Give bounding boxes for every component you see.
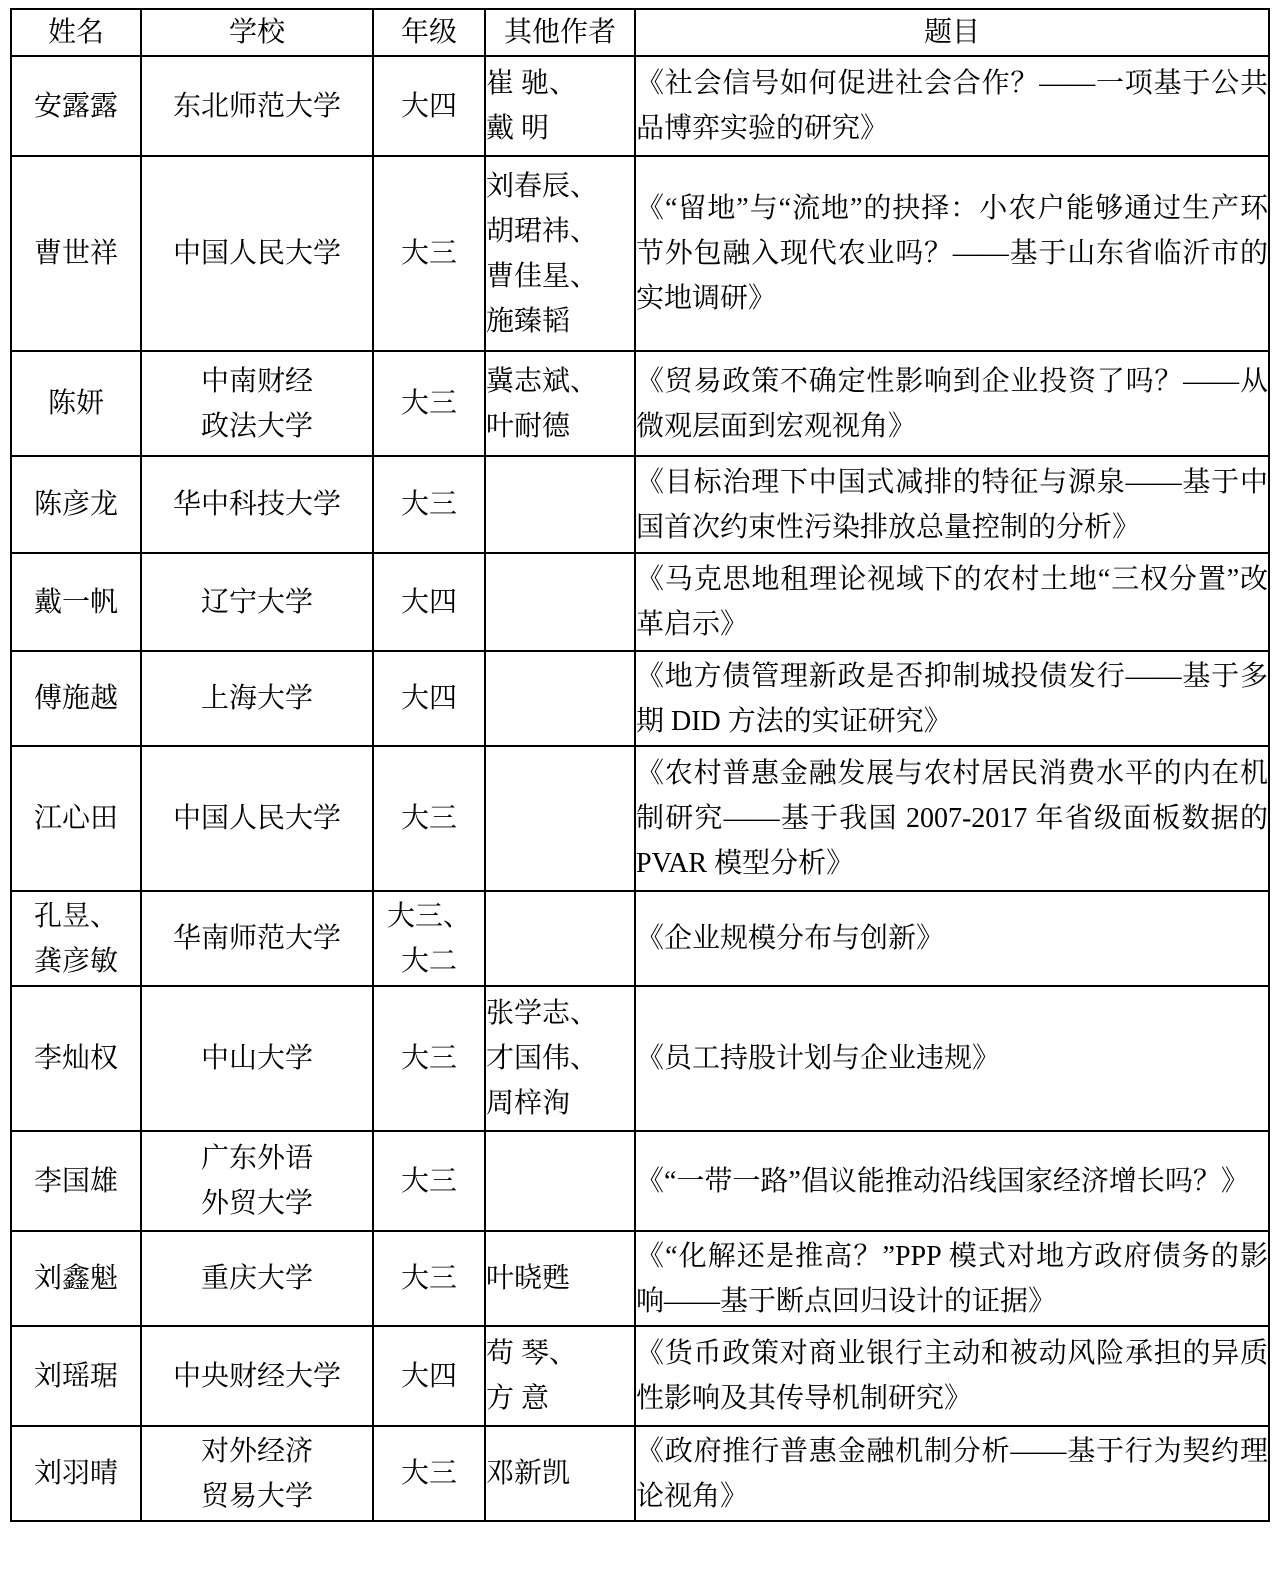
cell-line: 曹世祥	[12, 231, 140, 276]
cell-line: 刘瑶琚	[12, 1354, 140, 1399]
cell-line: 《社会信号如何促进社会合作？——一项基于公共品博弈实验的研究》	[636, 61, 1268, 151]
student-name-cell: 刘鑫魁	[11, 1231, 141, 1326]
cell-line: 孔昱、	[12, 894, 140, 939]
paper-title-cell: 《企业规模分布与创新》	[635, 891, 1269, 986]
cell-line: 《政府推行普惠金融机制分析——基于行为契约理论视角》	[636, 1429, 1268, 1519]
cell-line: 大三	[374, 482, 484, 527]
other-authors-cell	[485, 456, 635, 553]
cell-line: 《“一带一路”倡议能推动沿线国家经济增长吗？》	[636, 1159, 1268, 1204]
table-row: 曹世祥中国人民大学大三刘春辰、胡珺祎、曹佳星、施臻韬《“留地”与“流地”的抉择：…	[11, 156, 1269, 351]
cell-line: 龚彦敏	[12, 939, 140, 984]
grade-cell: 大四	[373, 651, 485, 746]
table-row: 陈妍中南财经政法大学大三冀志斌、叶耐德《贸易政策不确定性影响到企业投资了吗？——…	[11, 351, 1269, 456]
school-cell: 中山大学	[141, 986, 373, 1131]
cell-line: 对外经济	[142, 1429, 372, 1474]
school-cell: 华南师范大学	[141, 891, 373, 986]
table-row: 刘羽晴对外经济贸易大学大三邓新凯《政府推行普惠金融机制分析——基于行为契约理论视…	[11, 1426, 1269, 1521]
table-row: 李灿权中山大学大三张学志、才国伟、周梓洵《员工持股计划与企业违规》	[11, 986, 1269, 1131]
cell-line: 曹佳星、	[486, 254, 634, 299]
cell-line: 周梓洵	[486, 1081, 634, 1126]
header-row: 姓名 学校 年级 其他作者 题目	[11, 9, 1269, 56]
cell-line: 重庆大学	[142, 1256, 372, 1301]
table-row: 孔昱、龚彦敏华南师范大学大三、大二《企业规模分布与创新》	[11, 891, 1269, 986]
grade-cell: 大三	[373, 1426, 485, 1521]
cell-line: 《地方债管理新政是否抑制城投债发行——基于多期 DID 方法的实证研究》	[636, 654, 1268, 744]
cell-line: 中国人民大学	[142, 231, 372, 276]
cell-line: 大三	[374, 1036, 484, 1081]
cell-line: 政法大学	[142, 404, 372, 449]
paper-title-cell: 《“留地”与“流地”的抉择：小农户能够通过生产环节外包融入现代农业吗？——基于山…	[635, 156, 1269, 351]
school-cell: 东北师范大学	[141, 56, 373, 156]
other-authors-cell: 刘春辰、胡珺祎、曹佳星、施臻韬	[485, 156, 635, 351]
table-row: 江心田中国人民大学大三《农村普惠金融发展与农村居民消费水平的内在机制研究——基于…	[11, 746, 1269, 891]
cell-line: 刘鑫魁	[12, 1256, 140, 1301]
other-authors-cell: 叶晓甦	[485, 1231, 635, 1326]
grade-cell: 大三	[373, 986, 485, 1131]
papers-table: 姓名 学校 年级 其他作者 题目 安露露东北师范大学大四崔 驰、戴 明《社会信号…	[10, 8, 1270, 1522]
cell-line: 大三	[374, 231, 484, 276]
student-name-cell: 江心田	[11, 746, 141, 891]
cell-line: 戴一帆	[12, 580, 140, 625]
paper-title-cell: 《“化解还是推高？”PPP 模式对地方政府债务的影响——基于断点回归设计的证据》	[635, 1231, 1269, 1326]
cell-line: 广东外语	[142, 1136, 372, 1181]
cell-line: 大三	[374, 1256, 484, 1301]
table-row: 傅施越上海大学大四《地方债管理新政是否抑制城投债发行——基于多期 DID 方法的…	[11, 651, 1269, 746]
other-authors-cell: 崔 驰、戴 明	[485, 56, 635, 156]
school-cell: 中央财经大学	[141, 1326, 373, 1426]
cell-line: 《员工持股计划与企业违规》	[636, 1036, 1268, 1081]
paper-title-cell: 《政府推行普惠金融机制分析——基于行为契约理论视角》	[635, 1426, 1269, 1521]
paper-title-cell: 《目标治理下中国式减排的特征与源泉——基于中国首次约束性污染排放总量控制的分析》	[635, 456, 1269, 553]
other-authors-cell	[485, 651, 635, 746]
col-header-other-authors: 其他作者	[485, 9, 635, 56]
school-cell: 辽宁大学	[141, 553, 373, 651]
cell-line: 中央财经大学	[142, 1354, 372, 1399]
student-name-cell: 曹世祥	[11, 156, 141, 351]
school-cell: 对外经济贸易大学	[141, 1426, 373, 1521]
cell-line: 大四	[374, 1354, 484, 1399]
paper-title-cell: 《地方债管理新政是否抑制城投债发行——基于多期 DID 方法的实证研究》	[635, 651, 1269, 746]
student-name-cell: 李灿权	[11, 986, 141, 1131]
student-name-cell: 刘瑶琚	[11, 1326, 141, 1426]
table-row: 刘瑶琚中央财经大学大四苟 琴、方 意《货币政策对商业银行主动和被动风险承担的异质…	[11, 1326, 1269, 1426]
cell-line: 胡珺祎、	[486, 209, 634, 254]
student-name-cell: 陈彦龙	[11, 456, 141, 553]
cell-line: 叶晓甦	[486, 1256, 634, 1301]
other-authors-cell: 苟 琴、方 意	[485, 1326, 635, 1426]
paper-title-cell: 《马克思地租理论视域下的农村土地“三权分置”改革启示》	[635, 553, 1269, 651]
other-authors-cell	[485, 553, 635, 651]
paper-title-cell: 《农村普惠金融发展与农村居民消费水平的内在机制研究——基于我国 2007-201…	[635, 746, 1269, 891]
grade-cell: 大四	[373, 1326, 485, 1426]
paper-title-cell: 《货币政策对商业银行主动和被动风险承担的异质性影响及其传导机制研究》	[635, 1326, 1269, 1426]
cell-line: 东北师范大学	[142, 84, 372, 129]
cell-line: 大四	[374, 580, 484, 625]
grade-cell: 大三	[373, 456, 485, 553]
cell-line: 叶耐德	[486, 404, 634, 449]
cell-line: 李灿权	[12, 1036, 140, 1081]
school-cell: 重庆大学	[141, 1231, 373, 1326]
student-name-cell: 傅施越	[11, 651, 141, 746]
school-cell: 中南财经政法大学	[141, 351, 373, 456]
student-name-cell: 陈妍	[11, 351, 141, 456]
cell-line: 陈妍	[12, 381, 140, 426]
cell-line: 戴 明	[486, 106, 634, 151]
cell-line: 《货币政策对商业银行主动和被动风险承担的异质性影响及其传导机制研究》	[636, 1331, 1268, 1421]
cell-line: 《贸易政策不确定性影响到企业投资了吗？——从微观层面到宏观视角》	[636, 359, 1268, 449]
school-cell: 华中科技大学	[141, 456, 373, 553]
grade-cell: 大三	[373, 351, 485, 456]
paper-title-cell: 《员工持股计划与企业违规》	[635, 986, 1269, 1131]
table-body: 安露露东北师范大学大四崔 驰、戴 明《社会信号如何促进社会合作？——一项基于公共…	[11, 56, 1269, 1521]
cell-line: 上海大学	[142, 676, 372, 721]
student-name-cell: 李国雄	[11, 1131, 141, 1231]
other-authors-cell: 张学志、才国伟、周梓洵	[485, 986, 635, 1131]
cell-line: 刘羽晴	[12, 1451, 140, 1496]
cell-line: 《“化解还是推高？”PPP 模式对地方政府债务的影响——基于断点回归设计的证据》	[636, 1234, 1268, 1324]
cell-line: 中国人民大学	[142, 796, 372, 841]
cell-line: 张学志、	[486, 991, 634, 1036]
table-row: 陈彦龙华中科技大学大三《目标治理下中国式减排的特征与源泉——基于中国首次约束性污…	[11, 456, 1269, 553]
cell-line: 安露露	[12, 84, 140, 129]
cell-line: 李国雄	[12, 1159, 140, 1204]
cell-line: 崔 驰、	[486, 61, 634, 106]
col-header-school: 学校	[141, 9, 373, 56]
cell-line: 陈彦龙	[12, 482, 140, 527]
cell-line: 大三	[374, 796, 484, 841]
cell-line: 大二	[374, 939, 484, 984]
school-cell: 广东外语外贸大学	[141, 1131, 373, 1231]
student-name-cell: 刘羽晴	[11, 1426, 141, 1521]
grade-cell: 大四	[373, 553, 485, 651]
cell-line: 大三	[374, 1451, 484, 1496]
table-row: 李国雄广东外语外贸大学大三《“一带一路”倡议能推动沿线国家经济增长吗？》	[11, 1131, 1269, 1231]
cell-line: 大三、	[374, 894, 484, 939]
other-authors-cell: 冀志斌、叶耐德	[485, 351, 635, 456]
cell-line: 华中科技大学	[142, 482, 372, 527]
table-row: 刘鑫魁重庆大学大三叶晓甦《“化解还是推高？”PPP 模式对地方政府债务的影响——…	[11, 1231, 1269, 1326]
cell-line: 《企业规模分布与创新》	[636, 916, 1268, 961]
student-name-cell: 孔昱、龚彦敏	[11, 891, 141, 986]
table-row: 安露露东北师范大学大四崔 驰、戴 明《社会信号如何促进社会合作？——一项基于公共…	[11, 56, 1269, 156]
cell-line: 大三	[374, 1159, 484, 1204]
grade-cell: 大三、大二	[373, 891, 485, 986]
cell-line: 中南财经	[142, 359, 372, 404]
cell-line: 中山大学	[142, 1036, 372, 1081]
cell-line: 华南师范大学	[142, 916, 372, 961]
cell-line: 施臻韬	[486, 299, 634, 344]
grade-cell: 大三	[373, 1131, 485, 1231]
cell-line: 辽宁大学	[142, 580, 372, 625]
grade-cell: 大三	[373, 156, 485, 351]
paper-title-cell: 《“一带一路”倡议能推动沿线国家经济增长吗？》	[635, 1131, 1269, 1231]
grade-cell: 大三	[373, 746, 485, 891]
col-header-title: 题目	[635, 9, 1269, 56]
school-cell: 上海大学	[141, 651, 373, 746]
cell-line: 《“留地”与“流地”的抉择：小农户能够通过生产环节外包融入现代农业吗？——基于山…	[636, 186, 1268, 321]
cell-line: 苟 琴、	[486, 1331, 634, 1376]
grade-cell: 大三	[373, 1231, 485, 1326]
paper-title-cell: 《贸易政策不确定性影响到企业投资了吗？——从微观层面到宏观视角》	[635, 351, 1269, 456]
cell-line: 傅施越	[12, 676, 140, 721]
cell-line: 大三	[374, 381, 484, 426]
cell-line: 外贸大学	[142, 1181, 372, 1226]
cell-line: 刘春辰、	[486, 164, 634, 209]
cell-line: 方 意	[486, 1376, 634, 1421]
school-cell: 中国人民大学	[141, 746, 373, 891]
other-authors-cell	[485, 1131, 635, 1231]
paper-title-cell: 《社会信号如何促进社会合作？——一项基于公共品博弈实验的研究》	[635, 56, 1269, 156]
cell-line: 邓新凯	[486, 1451, 634, 1496]
school-cell: 中国人民大学	[141, 156, 373, 351]
table-row: 戴一帆辽宁大学大四《马克思地租理论视域下的农村土地“三权分置”改革启示》	[11, 553, 1269, 651]
grade-cell: 大四	[373, 56, 485, 156]
cell-line: 《农村普惠金融发展与农村居民消费水平的内在机制研究——基于我国 2007-201…	[636, 751, 1268, 886]
col-header-grade: 年级	[373, 9, 485, 56]
cell-line: 《目标治理下中国式减排的特征与源泉——基于中国首次约束性污染排放总量控制的分析》	[636, 460, 1268, 550]
cell-line: 才国伟、	[486, 1036, 634, 1081]
other-authors-cell	[485, 746, 635, 891]
cell-line: 大四	[374, 676, 484, 721]
cell-line: 贸易大学	[142, 1474, 372, 1519]
student-name-cell: 戴一帆	[11, 553, 141, 651]
cell-line: 大四	[374, 84, 484, 129]
other-authors-cell: 邓新凯	[485, 1426, 635, 1521]
col-header-name: 姓名	[11, 9, 141, 56]
cell-line: 《马克思地租理论视域下的农村土地“三权分置”改革启示》	[636, 557, 1268, 647]
cell-line: 冀志斌、	[486, 359, 634, 404]
student-name-cell: 安露露	[11, 56, 141, 156]
cell-line: 江心田	[12, 796, 140, 841]
other-authors-cell	[485, 891, 635, 986]
